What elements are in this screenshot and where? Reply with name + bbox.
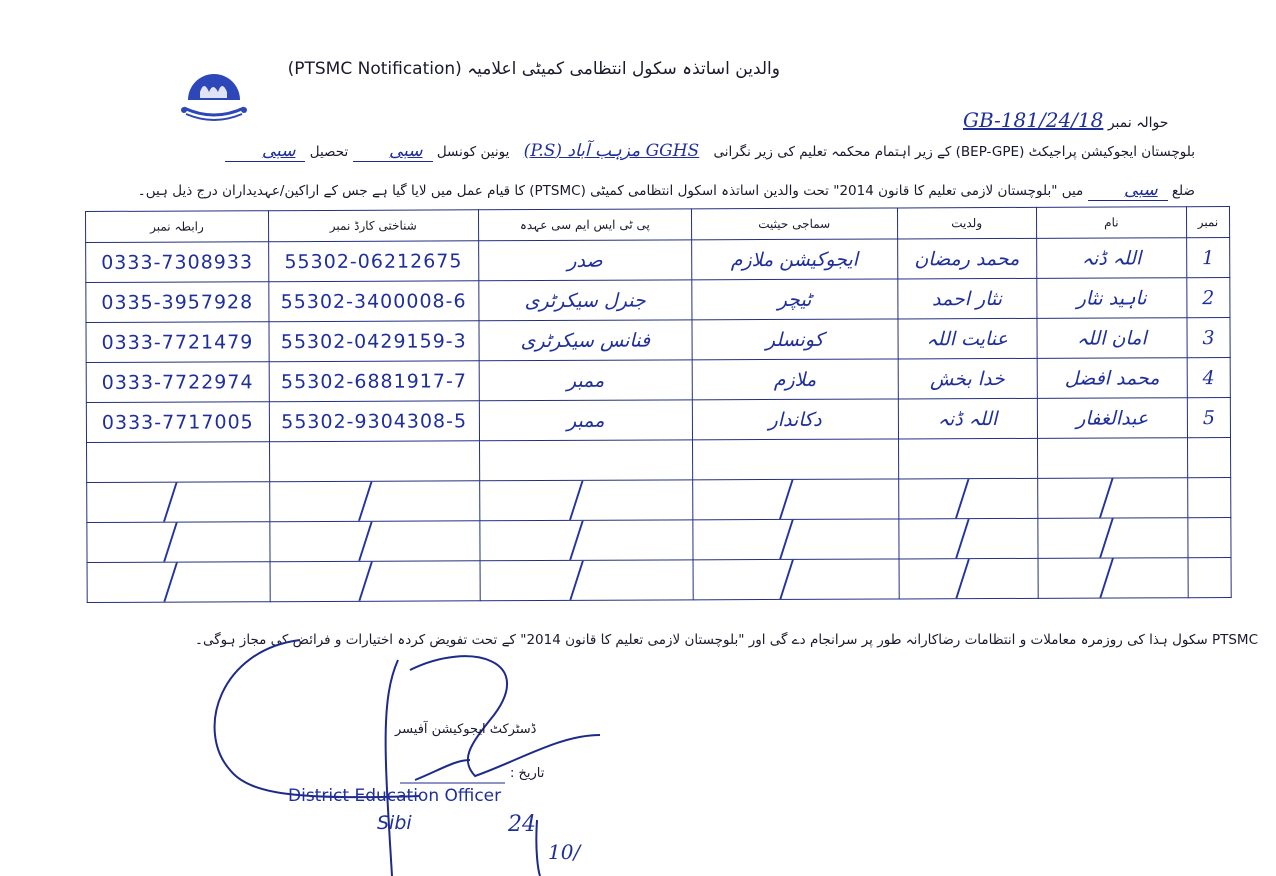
handwritten-date-month: 10/ <box>548 840 580 864</box>
stamp-title: District Education Officer <box>288 786 501 806</box>
signature-scribble <box>0 0 1276 876</box>
signatory-title-urdu: ڈسٹرکٹ ایجوکیشن آفیسر <box>395 722 536 737</box>
date-label: تاریخ : <box>510 766 544 781</box>
handwritten-date-day: 24 <box>508 812 536 837</box>
stamp-place: Sibi <box>377 812 412 834</box>
